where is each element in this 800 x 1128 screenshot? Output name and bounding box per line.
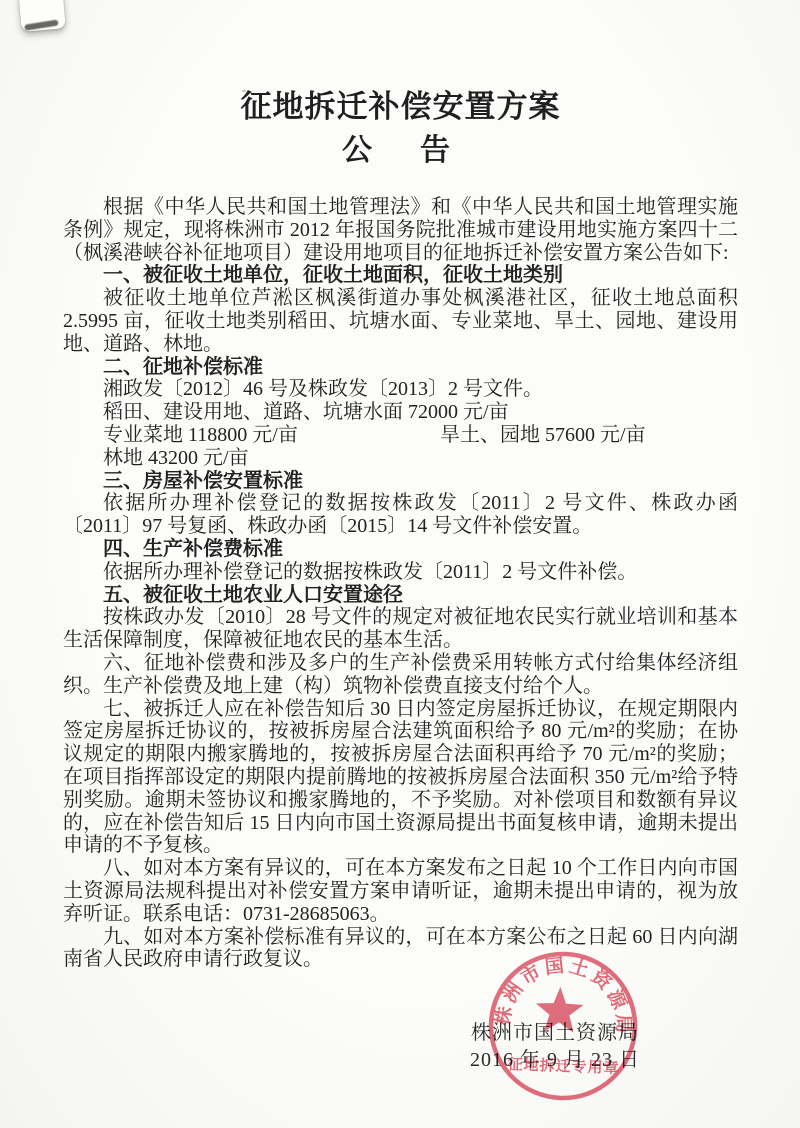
paragraph-7: 七、被拆迁人应在补偿告知后 30 日内签定房屋拆迁协议，在规定期限内签定房屋拆迁… [63, 698, 738, 858]
announcement-document: 征地拆迁补偿安置方案 公 告 根据《中华人民共和国土地管理法》和《中华人民共和国… [0, 0, 800, 971]
rate-line-forest: 林地 43200 元/亩 [63, 447, 738, 470]
paragraph-6: 六、征地补偿费和涉及多户的生产补偿费采用转帐方式付给集体经济组织。生产补偿费及地… [63, 652, 738, 698]
seal-star-icon [535, 986, 584, 1033]
official-seal: 株洲市国土资源局 征地拆迁专用章 [480, 943, 645, 1108]
paragraph-8: 八、如对本方案有异议的，可在本方案发布之日起 10 个工作日内向市国土资源局法规… [63, 857, 738, 925]
section5-body: 按株政办发〔2010〕28 号文件的规定对被征地农民实行就业培训和基本生活保障制… [63, 606, 738, 652]
section1-heading: 一、被征收土地单位，征收土地面积，征收土地类别 [63, 264, 738, 287]
rate-vegetable-land: 专业菜地 118800 元/亩 [103, 424, 298, 446]
section5-heading: 五、被征收土地农业人口安置途径 [63, 584, 738, 607]
rate-line-split: 专业菜地 118800 元/亩 旱土、园地 57600 元/亩 [63, 424, 738, 447]
document-subtitle: 公 告 [63, 132, 738, 170]
section2-reference-docs: 湘政发〔2012〕46 号及株政发〔2013〕2 号文件。 [63, 378, 738, 401]
section3-heading: 三、房屋补偿安置标准 [63, 470, 738, 493]
intro-paragraph: 根据《中华人民共和国土地管理法》和《中华人民共和国土地管理实施条例》规定，现将株… [63, 196, 738, 264]
scanned-document-page: 征地拆迁补偿安置方案 公 告 根据《中华人民共和国土地管理法》和《中华人民共和国… [0, 0, 800, 1128]
seal-bottom-text: 征地拆迁专用章 [506, 1055, 620, 1077]
section2-heading: 二、征地补偿标准 [63, 356, 738, 379]
section4-heading: 四、生产补偿费标准 [63, 538, 738, 561]
rate-line-paddy: 稻田、建设用地、道路、坑塘水面 72000 元/亩 [63, 401, 738, 424]
section1-body: 被征收土地单位芦淞区枫溪街道办事处枫溪港社区，征收土地总面积 2.5995 亩，… [63, 287, 738, 355]
document-title: 征地拆迁补偿安置方案 [63, 88, 738, 126]
rate-dry-land: 旱土、园地 57600 元/亩 [400, 424, 646, 447]
section4-body: 依据所办理补偿登记的数据按株政发〔2011〕2 号文件补偿。 [63, 561, 738, 584]
section3-body: 依据所办理补偿登记的数据按株政发〔2011〕2 号文件、株政办函〔2011〕97… [63, 492, 738, 538]
